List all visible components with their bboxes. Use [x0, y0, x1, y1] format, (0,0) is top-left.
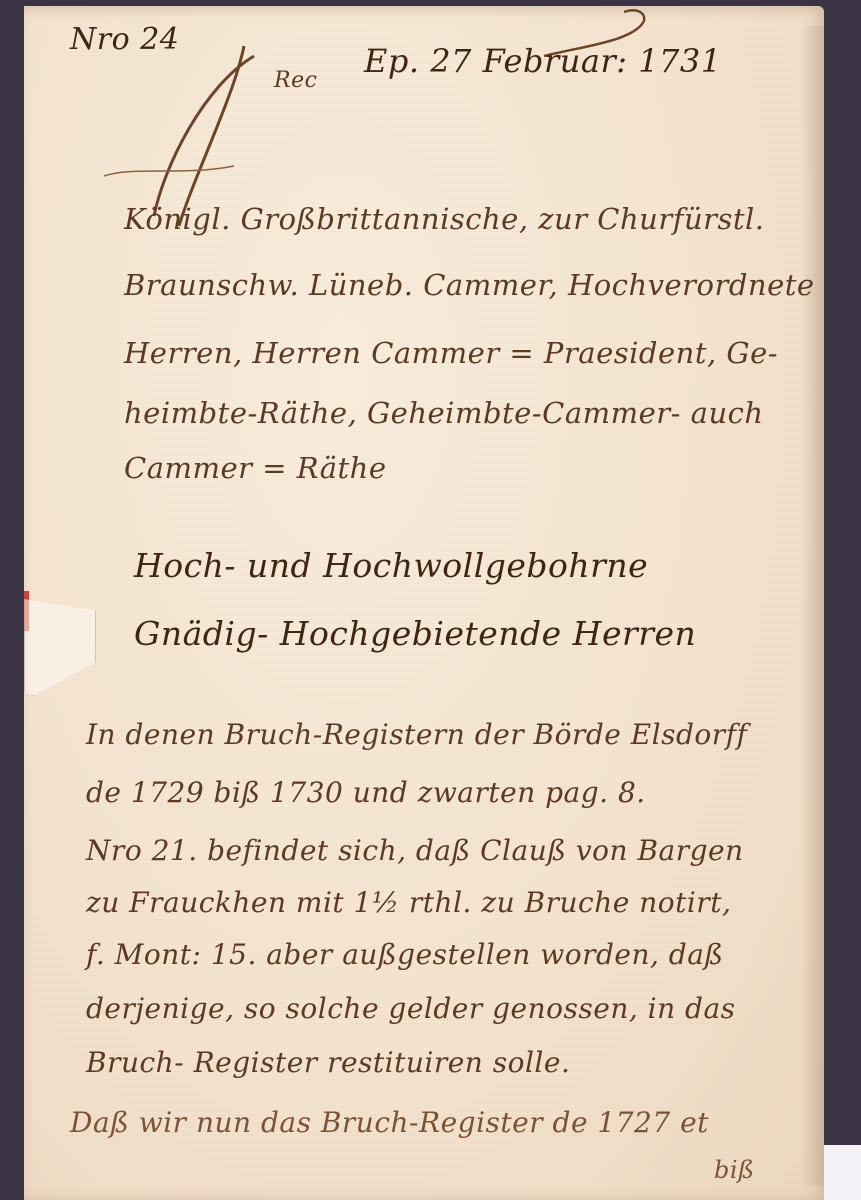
body-line-7: Bruch- Register restituiren solle. [86, 1046, 570, 1079]
body-line-1: In denen Bruch-Registern der Börde Elsdo… [86, 718, 747, 751]
document-date: Ep. 27 Februar: 1731 [364, 42, 722, 80]
paper-edge-shadow [800, 26, 824, 1186]
body-line-4: zu Frauckhen mit 1½ rthl. zu Bruche noti… [86, 886, 731, 919]
body-line-2: de 1729 biß 1730 und zwarten pag. 8. [86, 776, 646, 809]
document-number: Nro 24 [70, 22, 179, 57]
body-line-8: Daß wir nun das Bruch-Register de 1727 e… [70, 1106, 709, 1139]
salutation-line-2: Gnädig- Hochgebietende Herren [134, 614, 696, 653]
body-line-3: Nro 21. befindet sich, daß Clauß von Bar… [86, 834, 744, 867]
received-note: Rec [274, 68, 317, 93]
body-line-9: biß [714, 1156, 755, 1184]
address-line-3: Herren, Herren Cammer = Praesident, Ge- [124, 336, 778, 370]
address-line-1: Königl. Großbrittannische, zur Churfürst… [124, 202, 765, 236]
body-line-6: derjenige, so solche gelder genossen, in… [86, 992, 736, 1025]
salutation-line-1: Hoch- und Hochwollgebohrne [134, 546, 648, 585]
address-line-4: heimbte-Räthe, Geheimbte-Cammer- auch [124, 396, 764, 430]
address-line-2: Braunschw. Lüneb. Cammer, Hochverordnete [124, 268, 815, 302]
document-page: Nro 24 Rec Ep. 27 Februar: 1731 Königl. … [24, 6, 824, 1200]
address-line-5: Cammer = Räthe [124, 451, 387, 485]
tape-patch [24, 599, 96, 696]
body-line-5: f. Mont: 15. aber außgestellen worden, d… [86, 938, 724, 971]
